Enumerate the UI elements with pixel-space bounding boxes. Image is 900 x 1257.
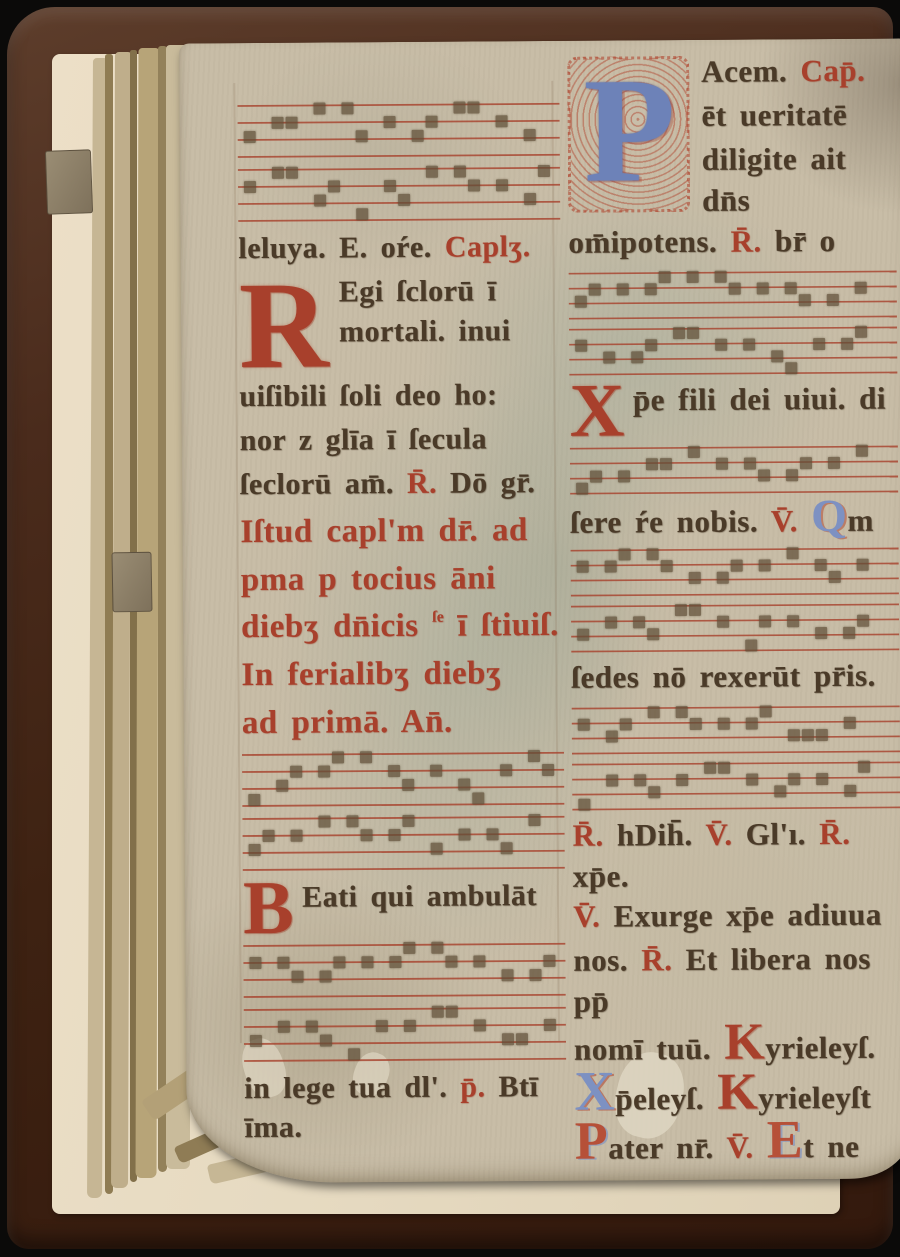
neume-note — [620, 718, 632, 730]
neume-note — [648, 786, 660, 798]
text-segment: Egi ſclorū ī mortali. inui — [339, 274, 511, 348]
neume-note — [516, 1033, 528, 1045]
text-line: V̄. Exurge xp̄e adiuua — [573, 895, 900, 941]
text-segment: ēt ueritatē — [701, 97, 847, 133]
neume-note — [729, 282, 741, 294]
neume-note — [687, 271, 699, 283]
neume-note — [648, 706, 660, 718]
neume-note — [398, 194, 410, 206]
neume-note — [687, 327, 699, 339]
music-stave — [243, 939, 565, 1001]
neume-note — [403, 942, 415, 954]
neume-note — [250, 1035, 262, 1047]
neume-note — [496, 179, 508, 191]
neume-note — [458, 778, 470, 790]
neume-note — [589, 283, 601, 295]
neume-note — [314, 195, 326, 207]
neume-note — [577, 628, 589, 640]
neume-note — [544, 1019, 556, 1031]
illuminated-initial: Q — [811, 489, 848, 540]
neume-note — [426, 166, 438, 178]
neume-note — [468, 179, 480, 191]
neume-note — [384, 116, 396, 128]
manuscript-page: leluya. E. oŕe. Caplʒ.REgi ſclorū ī mort… — [179, 38, 900, 1183]
neume-note — [578, 718, 590, 730]
neume-note — [292, 970, 304, 982]
text-line: ēt ueritatē — [567, 95, 895, 141]
neume-note — [487, 828, 499, 840]
neume-note — [272, 117, 284, 129]
neume-note — [828, 457, 840, 469]
illuminated-initial-R: R — [239, 274, 330, 376]
neume-note — [306, 1020, 318, 1032]
text-segment: Acem. — [701, 53, 800, 89]
neume-note — [787, 547, 799, 559]
neume-note — [857, 558, 869, 570]
text-line: uiſibili ſoli deo ho: — [239, 375, 561, 421]
neume-note — [496, 115, 508, 127]
neume-note — [816, 773, 828, 785]
neume-note — [578, 798, 590, 810]
text-segment: R̄. — [407, 466, 437, 499]
text-line: Pater nr̄. V̄. Et ne — [575, 1119, 900, 1170]
text-line: R̄. hDih̄. V̄. Gl'ı. R̄. xp̄e. — [572, 813, 900, 897]
neume-note — [813, 338, 825, 350]
neume-note — [746, 717, 758, 729]
neume-note — [689, 604, 701, 616]
neume-note — [361, 956, 373, 968]
neume-note — [277, 956, 289, 968]
neume-note — [577, 560, 589, 572]
neume-note — [376, 1020, 388, 1032]
neume-note — [244, 181, 256, 193]
text-segment: m — [847, 502, 874, 537]
music-stave — [244, 1003, 566, 1065]
music-stave — [572, 701, 900, 755]
neume-note — [704, 761, 716, 773]
parchment-leaf-edge — [136, 48, 160, 1178]
neume-note — [715, 339, 727, 351]
neume-note — [332, 751, 344, 763]
text-line: leluya. E. oŕe. Caplʒ. — [238, 227, 560, 273]
text-segment: ater nr̄. — [608, 1130, 726, 1166]
neume-note — [500, 764, 512, 776]
neume-note — [474, 1019, 486, 1031]
neume-note — [320, 1034, 332, 1046]
neume-note — [529, 969, 541, 981]
neume-note — [291, 830, 303, 842]
illuminated-initial-B: B — [243, 878, 295, 939]
neume-note — [634, 774, 646, 786]
neume-note — [676, 706, 688, 718]
neume-note — [426, 116, 438, 128]
neume-note — [647, 548, 659, 560]
neume-note — [759, 615, 771, 627]
neume-note — [827, 294, 839, 306]
text-segment: R̄. — [641, 942, 686, 977]
music-stave — [238, 163, 560, 225]
neume-note — [786, 469, 798, 481]
text-segment: yrieleyſ. — [765, 1030, 876, 1066]
text-segment: ī ſtiuiſ. — [444, 607, 559, 644]
neume-note — [388, 765, 400, 777]
neume-note — [542, 764, 554, 776]
neume-note — [249, 844, 261, 856]
neume-note — [389, 829, 401, 841]
text-segment: ſedes nō rexerūt pr̄is. — [571, 657, 876, 694]
text-segment: diligite ait dn̄s — [702, 141, 847, 218]
neume-note — [431, 941, 443, 953]
neume-note — [746, 773, 758, 785]
neume-note — [816, 729, 828, 741]
neume-note — [688, 446, 700, 458]
neume-note — [402, 779, 414, 791]
text-segment: Caplʒ. — [445, 230, 531, 264]
text-segment: Exurge xp̄e adiuua — [613, 897, 882, 934]
text-line: Acem. Cap̄. — [567, 51, 895, 97]
neume-note — [843, 626, 855, 638]
neume-note — [716, 457, 728, 469]
music-stave — [571, 599, 899, 653]
text-line: Xp̄eleyſ. Kyrieleyſt — [574, 1069, 900, 1121]
neume-note — [660, 458, 672, 470]
neume-note — [446, 1005, 458, 1017]
neume-note — [605, 560, 617, 572]
neume-note — [318, 815, 330, 827]
index-tab — [45, 149, 93, 215]
text-segment: R̄. — [572, 817, 617, 852]
neume-note — [856, 444, 868, 456]
neume-note — [360, 751, 372, 763]
neume-note — [606, 730, 618, 742]
neume-note — [528, 750, 540, 762]
neume-note — [603, 351, 615, 363]
neume-note — [389, 956, 401, 968]
text-line: Iſtud capl'm dr̄. ad — [240, 507, 562, 557]
neume-note — [855, 282, 867, 294]
neume-note — [473, 955, 485, 967]
neume-note — [800, 457, 812, 469]
neume-note — [715, 271, 727, 283]
neume-note — [502, 1033, 514, 1045]
neume-note — [454, 166, 466, 178]
music-stave — [571, 543, 899, 597]
book-photo: leluya. E. oŕe. Caplʒ.REgi ſclorū ī mort… — [0, 0, 900, 1257]
illuminated-initial-X: X — [569, 380, 625, 441]
neume-note — [430, 765, 442, 777]
neume-note — [356, 208, 368, 220]
text-line: ſedes nō rexerūt pr̄is. — [571, 655, 899, 701]
text-segment: ſeclorū am̄. — [240, 467, 407, 501]
neume-note — [799, 294, 811, 306]
neume-note — [743, 338, 755, 350]
neume-note — [320, 970, 332, 982]
neume-note — [745, 639, 757, 651]
neume-note — [757, 282, 769, 294]
left-text-column: leluya. E. oŕe. Caplʒ.REgi ſclorū ī mort… — [237, 97, 566, 1148]
text-line: ad primā. An̄. — [242, 698, 564, 748]
text-segment: leluya. E. oŕe. — [238, 231, 445, 265]
neume-note — [528, 814, 540, 826]
text-segment: Eati qui ambulāt — [302, 879, 537, 914]
neume-note — [841, 338, 853, 350]
neume-note — [432, 1005, 444, 1017]
neume-note — [646, 458, 658, 470]
text-segment: V̄. — [573, 899, 614, 934]
text-line: ſeclorū am̄. R̄. Dō gr̄. — [240, 463, 562, 509]
text-segment: V̄. — [705, 816, 746, 851]
neume-note — [346, 815, 358, 827]
music-stave — [572, 757, 900, 811]
neume-note — [590, 470, 602, 482]
neume-note — [524, 129, 536, 141]
text-segment: R̄. — [819, 815, 850, 850]
neume-note — [758, 469, 770, 481]
neume-note — [771, 350, 783, 362]
music-stave — [237, 99, 559, 161]
neume-note — [272, 167, 284, 179]
text-line: nos. R̄. Et libera nos pp̄ — [573, 939, 900, 1023]
text-segment: ſere ŕe nobis. — [570, 503, 771, 539]
text-segment: p̄. — [460, 1070, 498, 1103]
music-stave — [242, 748, 564, 810]
neume-note — [467, 101, 479, 113]
neume-note — [445, 955, 457, 967]
music-stave — [570, 441, 898, 495]
neume-note — [717, 571, 729, 583]
neume-note — [690, 718, 702, 730]
neume-note — [248, 794, 260, 806]
neume-note — [606, 774, 618, 786]
neume-note — [760, 705, 772, 717]
neume-note — [661, 560, 673, 572]
chapter-opening-block: PAcem. Cap̄.ēt ueritatēdiligite ait dn̄s… — [567, 51, 896, 267]
illuminated-initial: K — [724, 1014, 765, 1071]
neume-note — [290, 766, 302, 778]
neume-note — [333, 956, 345, 968]
neume-note — [286, 167, 298, 179]
neume-note — [341, 102, 353, 114]
neume-note — [412, 130, 424, 142]
neume-note — [802, 729, 814, 741]
neume-note — [788, 729, 800, 741]
text-segment: Gl'ı. — [746, 816, 820, 852]
neume-note — [431, 843, 443, 855]
text-segment: diebʒ dn̄icis — [241, 608, 432, 645]
neume-note — [631, 351, 643, 363]
text-segment: nor z glīa ī ſecula — [240, 422, 487, 457]
neume-note — [459, 828, 471, 840]
neume-note — [744, 457, 756, 469]
text-line: BEati qui ambulāt — [243, 876, 565, 939]
neume-note — [673, 327, 685, 339]
neume-note — [759, 559, 771, 571]
neume-note — [857, 614, 869, 626]
text-segment: nos. — [573, 943, 641, 978]
text-segment: Iſtud capl'm dr̄. ad — [240, 512, 528, 550]
neume-note — [718, 761, 730, 773]
text-segment: pma p tocius āni — [241, 560, 496, 598]
text-segment: Dō gr̄. — [437, 466, 535, 500]
text-segment: p̄e fili dei uiui. di — [633, 380, 886, 417]
neume-note — [244, 131, 256, 143]
neume-note — [774, 785, 786, 797]
neume-note — [676, 774, 688, 786]
neume-note — [785, 362, 797, 374]
text-line: nor z glīa ī ſecula — [240, 419, 562, 465]
neume-note — [844, 716, 856, 728]
neume-note — [276, 780, 288, 792]
text-line: diebʒ dn̄icis ſe ī ſtiuiſ. — [241, 602, 563, 652]
neume-note — [675, 604, 687, 616]
neume-note — [855, 326, 867, 338]
neume-note — [605, 616, 617, 628]
neume-note — [787, 615, 799, 627]
index-tab — [111, 552, 152, 613]
text-segment: V̄. — [771, 503, 812, 538]
neume-note — [815, 627, 827, 639]
illuminated-initial: K — [717, 1064, 758, 1121]
illuminated-initial: E — [767, 1109, 804, 1169]
neume-note — [647, 628, 659, 640]
text-line: in lege tua dl'. p̄. Btī īma. — [244, 1067, 567, 1148]
music-stave — [569, 266, 897, 320]
neume-note — [286, 117, 298, 129]
text-segment: br̄ o — [775, 223, 836, 258]
neume-note — [576, 482, 588, 494]
text-segment: p̄eleyſ. — [615, 1081, 717, 1117]
neume-note — [829, 571, 841, 583]
neume-note — [472, 792, 484, 804]
neume-note — [348, 1048, 360, 1060]
neume-note — [617, 283, 629, 295]
neume-note — [844, 784, 856, 796]
neume-note — [785, 282, 797, 294]
text-segment: R̄. — [730, 223, 775, 258]
neume-note — [278, 1020, 290, 1032]
neume-note — [318, 765, 330, 777]
neume-note — [619, 548, 631, 560]
text-segment: in lege tua dl'. — [244, 1070, 460, 1105]
neume-note — [858, 760, 870, 772]
neume-note — [659, 271, 671, 283]
neume-note — [717, 615, 729, 627]
text-segment: om̄ipotens. — [568, 224, 730, 260]
text-line: REgi ſclorū ī mortali. inui — [239, 271, 562, 377]
neume-note — [618, 470, 630, 482]
neume-note — [501, 842, 513, 854]
neume-note — [689, 572, 701, 584]
text-segment: In ferialibʒ diebʒ — [241, 656, 501, 694]
neume-note — [645, 339, 657, 351]
text-line: In ferialibʒ diebʒ — [241, 650, 563, 700]
neume-note — [313, 103, 325, 115]
text-segment: uiſibili ſoli deo ho: — [239, 378, 497, 413]
text-segment: ad primā. An̄. — [242, 704, 453, 741]
text-segment: Cap̄. — [800, 53, 865, 88]
music-stave — [242, 812, 564, 874]
neume-note — [575, 340, 587, 352]
neume-note — [404, 1020, 416, 1032]
text-segment: xp̄e. — [573, 858, 629, 893]
right-text-column: PAcem. Cap̄.ēt ueritatēdiligite ait dn̄s… — [567, 51, 900, 1170]
neume-note — [384, 180, 396, 192]
neume-note — [788, 773, 800, 785]
text-line: Xp̄e fili dei uiui. di — [569, 378, 897, 441]
text-line: ſere ŕe nobis. V̄. Qm — [570, 497, 898, 543]
neume-note — [524, 193, 536, 205]
text-segment: t ne — [803, 1129, 859, 1164]
neume-note — [356, 130, 368, 142]
neume-note — [453, 102, 465, 114]
text-line: diligite ait dn̄s — [568, 139, 897, 223]
text-segment: ſe — [432, 609, 444, 626]
neume-note — [718, 717, 730, 729]
neume-note — [328, 180, 340, 192]
illuminated-initial: P — [574, 1111, 608, 1171]
neume-note — [402, 815, 414, 827]
neume-note — [538, 165, 550, 177]
text-line: om̄ipotens. R̄. br̄ o — [568, 220, 896, 266]
music-stave — [569, 322, 897, 376]
text-segment: V̄. — [726, 1130, 767, 1165]
neume-note — [633, 616, 645, 628]
neume-note — [501, 969, 513, 981]
neume-note — [249, 957, 261, 969]
text-line: pma p tocius āni — [241, 554, 563, 604]
neume-note — [815, 559, 827, 571]
text-segment: hDih̄. — [617, 816, 706, 852]
neume-note — [575, 296, 587, 308]
neume-note — [361, 829, 373, 841]
neume-note — [263, 830, 275, 842]
neume-note — [731, 559, 743, 571]
neume-note — [543, 955, 555, 967]
neume-note — [645, 283, 657, 295]
